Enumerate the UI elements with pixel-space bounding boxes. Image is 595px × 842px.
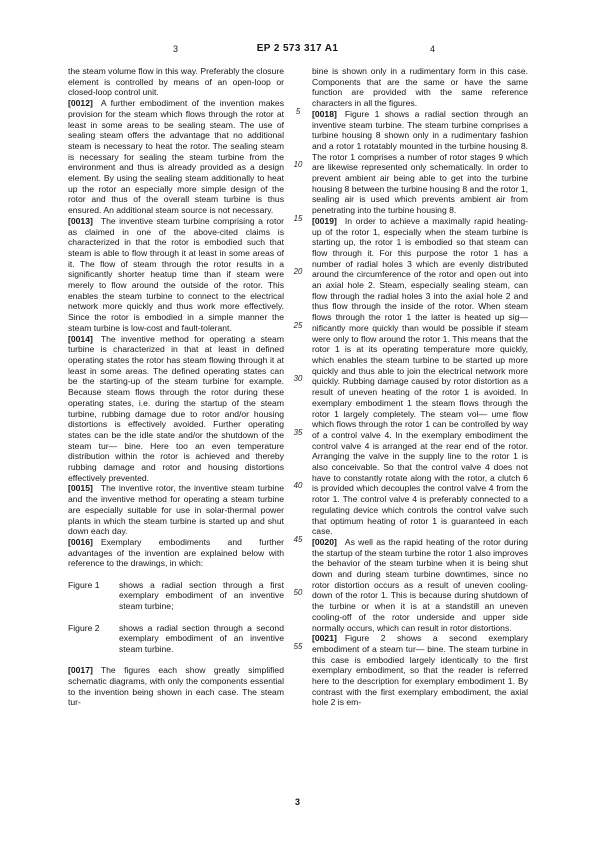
page-footer: 3 — [0, 792, 595, 810]
document-id: EP 2 573 317 A1 — [0, 43, 595, 54]
figure-caption: Figure 1 shows a radial section through … — [68, 580, 284, 612]
paragraph: [0017]The figures each show greatly simp… — [68, 665, 284, 708]
paragraph-text: bine is shown only in a rudimentary form… — [312, 66, 528, 108]
paragraph: [0014]The inventive method for operating… — [68, 334, 284, 484]
paragraph-text: The inventive method for operating a ste… — [68, 334, 284, 483]
paragraph: [0018]Figure 1 shows a radial section th… — [312, 109, 528, 216]
paragraph-number: [0016] — [68, 537, 101, 547]
left-column: the steam volume flow in this way. Prefe… — [68, 66, 284, 708]
paragraph-number: [0014] — [68, 334, 101, 344]
paragraph-text: A further embodiment of the invention ma… — [68, 98, 284, 215]
paragraph-text: the steam volume flow in this way. Prefe… — [68, 66, 284, 97]
page-number: 3 — [295, 797, 300, 807]
right-column-number: 4 — [430, 44, 435, 54]
paragraph: [0015]The inventive rotor, the inventive… — [68, 483, 284, 537]
paragraph-text: The inventive steam turbine comprising a… — [68, 216, 284, 333]
figure-label: Figure 1 — [68, 580, 119, 612]
paragraph: [0013]The inventive steam turbine compri… — [68, 216, 284, 334]
figure-description: shows a radial section through a second … — [119, 623, 284, 655]
paragraph-number: [0013] — [68, 216, 101, 226]
paragraph: [0016]Exemplary embodiments and further … — [68, 537, 284, 569]
paragraph-text: Exemplary embodiments and further advant… — [68, 537, 284, 568]
paragraph: bine is shown only in a rudimentary form… — [312, 66, 528, 109]
paragraph-number: [0012] — [68, 98, 101, 108]
paragraph: [0012]A further embodiment of the invent… — [68, 98, 284, 216]
paragraph-text: In order to achieve a maximally rapid he… — [312, 216, 528, 536]
paragraph: [0020]As well as the rapid heating of th… — [312, 537, 528, 633]
paragraph-text: As well as the rapid heating of the roto… — [312, 537, 528, 633]
paragraph-number: [0021] — [312, 633, 345, 643]
figure-description: shows a radial section through a first e… — [119, 580, 284, 612]
paragraph-number: [0015] — [68, 483, 101, 493]
paragraph-text: Figure 1 shows a radial section through … — [312, 109, 528, 215]
paragraph-number: [0019] — [312, 216, 345, 226]
paragraph: [0019]In order to achieve a maximally ra… — [312, 216, 528, 537]
patent-document-page: 3 EP 2 573 317 A1 4 51015202530354045505… — [0, 0, 595, 842]
paragraph-text: The inventive rotor, the inventive steam… — [68, 483, 284, 536]
figure-caption: Figure 2 shows a radial section through … — [68, 623, 284, 655]
paragraph-number: [0017] — [68, 665, 101, 675]
figure-label: Figure 2 — [68, 623, 119, 655]
text-body: the steam volume flow in this way. Prefe… — [68, 66, 528, 708]
paragraph: the steam volume flow in this way. Prefe… — [68, 66, 284, 98]
right-column: bine is shown only in a rudimentary form… — [312, 66, 528, 708]
paragraph-number: [0020] — [312, 537, 345, 547]
paragraph-text: The figures each show greatly simplified… — [68, 665, 284, 707]
paragraph-number: [0018] — [312, 109, 345, 119]
paragraph: [0021]Figure 2 shows a second exemplary … — [312, 633, 528, 708]
paragraph-text: Figure 2 shows a second exemplary embodi… — [312, 633, 528, 707]
